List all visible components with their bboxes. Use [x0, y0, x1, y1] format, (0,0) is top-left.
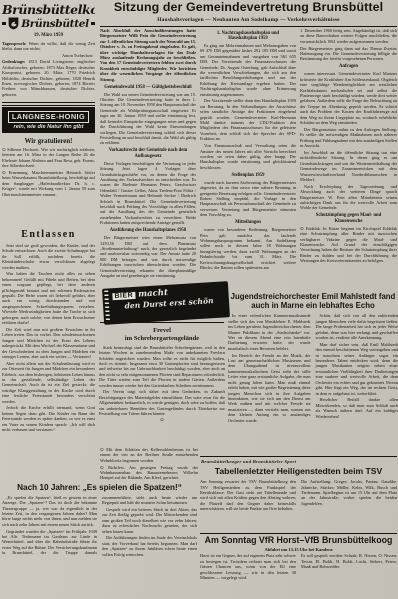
article-heading: Entlassen	[2, 229, 95, 240]
paragraph: Es ging um Mehreinnahmen und Mehrausgabe…	[200, 43, 296, 97]
article-heading-line2: im Schrebergartengelände	[125, 335, 199, 342]
tagesspruch-label: Tagesspruch:	[2, 41, 26, 46]
paragraph: Was haben die Taschen nicht alles zu seh…	[2, 271, 95, 325]
article-spatzen: Nach 10 Jahren: „Es spielen die Spatzen!…	[2, 483, 197, 597]
section-subhead: Stellenplan 1959	[202, 173, 294, 178]
article-body: In einer erfreulichen Kammermusikstunde …	[228, 313, 398, 447]
paragraph: Die Aufstellung: Greger; Jacobs, Paetau;…	[301, 479, 397, 506]
article-body: Stark beunruhigt sind die Brunsbütteler …	[99, 345, 225, 417]
article-horst: Am Sonntag VfR Horst–VfB Brunsbüttelkoog…	[200, 536, 397, 597]
paragraph: Der Bürgermeister wies einen Mehransatz …	[100, 235, 196, 278]
article-heading: Wir gratulieren!	[2, 138, 95, 145]
article-heading: Jugendstreichorchester Emil Mahlstedt fa…	[228, 293, 398, 310]
article-heading: Frevel im Schrebergartengelände	[99, 327, 225, 343]
section-subhead: 1. Nachtragshaushaltsplan und Haushaltsp…	[202, 31, 294, 42]
coat-of-arms-icon	[8, 17, 19, 30]
gedenktage-label: Gedenktage:	[2, 59, 25, 64]
article-mahlstedt: Jugendstreichorchester Emil Mahlstedt fa…	[228, 293, 398, 455]
paragraph: Es soll gespielt werden: Schrab; R. Niss…	[301, 553, 397, 569]
article-entlassen: Entlassen Jetzt sind sie groß geworden, …	[2, 229, 95, 479]
paragraph: Man darf sicher sein, daß Emil Mahlstedt…	[316, 342, 398, 396]
lead-article-col3: 1. Dezember 1960 fertig sein. Angekündig…	[300, 28, 397, 290]
paragraph: In einer erfreulichen Kammermusikstunde …	[228, 313, 311, 351]
ad-bier-brand: BIER	[112, 291, 135, 299]
section-body: wurde nach kurzem Sachvortrag des Bürger…	[200, 180, 296, 218]
lead-article-header: Sitzung der Gemeindevertretung Brunsbütt…	[100, 1, 397, 25]
ad-bier-word: macht	[138, 288, 168, 300]
paragraph: Der Bürgermeister ging dann auf das Them…	[300, 46, 397, 62]
section-body: waren von besonderer Bedeutung. Bürgerme…	[200, 227, 296, 270]
paragraph: „Es spielen die Spatzen“, hieß es gester…	[2, 495, 97, 527]
paragraph: Der Vorsitzende stellte dann den Haushal…	[200, 98, 296, 141]
article-subline: Abfahrt um 13.15 Uhr bei Kandera	[200, 547, 397, 552]
section-body: Die Wahl zur neuen Gemeindevertretung wa…	[100, 92, 196, 146]
section-body: Der Bürgermeister wies einen Mehransatz …	[100, 235, 196, 278]
ad-langnese-line1: LANGNESE-HONIG	[8, 111, 89, 123]
paragraph: Jedoch die Kirche erfüllt niemand, wenn …	[2, 405, 95, 432]
article-body: Am Sonntag erwartet der TSV Brunsbüttelk…	[200, 479, 397, 527]
paragraph: Gespielt wird ein heiteres Stück in drei…	[102, 507, 197, 534]
paragraph: Am Sonntag erwartet der TSV Brunsbüttelk…	[200, 479, 296, 511]
section-body: 1. Dezember 1960 fertig sein. Angekündig…	[300, 28, 397, 62]
article-wir-gratulieren: Wir gratulieren! ⊙ Silberne Hochzeit. Wi…	[2, 138, 95, 227]
section-body: Es ging um Mehreinnahmen und Mehrausgabe…	[200, 43, 296, 170]
paragraph: Stark beunruhigt sind die Brunsbütteler …	[99, 345, 225, 388]
paragraph: Diese Vorlagen beschäftigen die Vertretu…	[100, 161, 196, 226]
main-headline: Sitzung der Gemeindevertretung Brunsbütt…	[100, 1, 397, 14]
ornamental-rule	[91, 22, 95, 25]
paragraph: Horst ist ein Gegner, der auf eigenem Pl…	[200, 553, 296, 580]
ad-langnese-honig: LANGNESE-HONIG rein, wie die Natur ihn g…	[2, 107, 95, 133]
section-body: ⊙ Eddelak. In Kürze beginnt im Kirchspie…	[300, 226, 397, 264]
article-heading-line1: Frevel	[153, 327, 171, 334]
main-subheadline: Haushaltsvorlagen — Neubauten Am Sodelka…	[100, 17, 397, 23]
decorative-rule	[200, 456, 397, 457]
section-body: Im Anschluß an die öffentliche Sitzung t…	[300, 150, 397, 211]
paragraph: ⊙ Ernennung. Maschinenmeister Heinrich S…	[2, 170, 95, 197]
section-body: waren interessant. Gemeindevertreter Kar…	[300, 71, 397, 148]
decorative-rule	[2, 102, 95, 106]
paragraph: ⊙ Mit dem Schütten des Kellersohlenbeton…	[100, 447, 198, 463]
paragraph: Nach Erschöpfung der Tagesordnung und Ab…	[300, 184, 397, 211]
decorative-rule	[200, 533, 397, 534]
newspaper-page: Brünsbüttelkoog Brünsbüttel 19. März 195…	[0, 0, 398, 599]
news-briefs: ⊙ Mit dem Schütten des Kellersohlenbeton…	[100, 447, 198, 483]
article-body: „Es spielen die Spatzen“, hieß es gester…	[2, 495, 197, 595]
section-body: Diese Vorlagen beschäftigen die Vertretu…	[100, 161, 196, 226]
gedenktage: Gedenktage: 1813 David Livingstone, engl…	[2, 59, 95, 97]
decorative-rule	[100, 322, 224, 323]
tagesspruch: Tagesspruch: Wenn du willst, daß dir wen…	[2, 41, 95, 52]
masthead-title: Brünsbüttelkoog	[2, 3, 95, 16]
article-heading: Tabellenletzter Heiligenstedten beim TSV	[200, 467, 397, 477]
paragraph: Die Aufführungen finden im Saale des Ver…	[102, 535, 197, 557]
paragraph: Die Wahl zur neuen Gemeindevertretung wa…	[100, 92, 196, 146]
article-heading: Am Sonntag VfR Horst–VfB Brunsbüttelkoog	[200, 536, 397, 546]
paragraph: Von Finanzausschuß und Verwaltung seien …	[200, 143, 296, 170]
section-subhead: Schutzimpfung gegen Maul- und Klauenseuc…	[302, 213, 395, 224]
ornamental-rule	[2, 22, 6, 25]
section-subhead: Mitteilungen	[202, 220, 294, 225]
paragraph: waren interessant. Gemeindevertreter Kar…	[300, 71, 397, 125]
section-subhead: Vorkaufsrecht der Gemeinde nach dem Aufb…	[102, 148, 194, 159]
ad-bier: BIER macht den Durst erst schön	[102, 281, 230, 325]
paragraph: ⊙ Silberne Hochzeit. Wie wir nachträglic…	[2, 147, 95, 169]
section-subhead: Gemeindewahl 1958 — Gültigkeitsbeschluß	[102, 85, 194, 90]
tagesspruch-author: Anton Tschechow	[4, 53, 93, 58]
gedenktage-text: 1813 David Livingstone, englischer Afrik…	[2, 59, 95, 96]
paragraph: Der Bürgermeister nahm zu den Anfragen S…	[300, 127, 397, 149]
news-brief-item: ⊙ Mit dem Schütten des Kellersohlenbeton…	[100, 447, 198, 481]
masthead-subtitle-row: Brünsbüttel	[2, 17, 95, 30]
article-body: Jetzt sind sie groß geworden, die Kinder…	[2, 243, 95, 432]
paragraph: ⊙ Richtfest. Am gestrigen Freitag wurde …	[100, 465, 198, 481]
sport-section-label: Brunsbüttelkooger und Brunsbütteler Spor…	[201, 459, 397, 466]
paragraph: ⊙ Eddelak. In Kürze beginnt im Kirchspie…	[300, 226, 397, 264]
paragraph: Der Verein trägt sich daher mit dem Geda…	[99, 389, 225, 416]
paragraph: waren von besonderer Bedeutung. Bürgerme…	[200, 227, 296, 270]
paragraph: Schön, daß sich von all den zuhörenden j…	[316, 313, 398, 340]
edition-date: 19. März 1959	[2, 33, 95, 38]
section-subhead: Ausführung des Haushaltsplanes 1958	[102, 228, 194, 233]
decorative-rule	[100, 26, 397, 27]
masthead: Brünsbüttelkoog Brünsbüttel 19. März 195…	[2, 3, 95, 103]
lead-article-col1: Nach Abschluß der Ausschußberatungen hat…	[100, 28, 196, 281]
paragraph: Herzlicher Beifall dankte allen Mitwirke…	[316, 397, 398, 419]
article-body: Horst ist ein Gegner, der auf eigenem Pl…	[200, 553, 397, 591]
lead-article-col2: 1. Nachtragshaushaltsplan und Haushaltsp…	[200, 28, 296, 290]
article-intro: Nach Abschluß der Ausschußberatungen hat…	[100, 28, 196, 82]
ad-langnese-line2: rein, wie die Natur ihn gibt	[14, 124, 84, 130]
article-heiligenstedten: Tabellenletzter Heiligenstedten beim TSV…	[200, 467, 397, 531]
paragraph: Aber nicht allein aus der Schulentlassun…	[2, 361, 95, 404]
article-body: ⊙ Silberne Hochzeit. Wie wir nachträglic…	[2, 147, 95, 197]
paragraph: Im Bereich der Freude an der Musik, der …	[228, 353, 311, 423]
section-divider: ⊙	[99, 418, 225, 423]
paragraph: 1. Dezember 1960 fertig sein. Angekündig…	[300, 28, 397, 44]
article-frevel: Frevel im Schrebergartengelände Stark be…	[99, 327, 225, 444]
paragraph: wurde nach kurzem Sachvortrag des Bürger…	[200, 180, 296, 218]
article-heading: Nach 10 Jahren: „Es spielen die Spatzen!…	[2, 483, 197, 492]
paragraph: Im Anschluß an die öffentliche Sitzung t…	[300, 150, 397, 182]
paragraph: Jetzt sind sie groß geworden, die Kinder…	[2, 243, 95, 270]
section-subhead: Anfragen	[302, 64, 395, 69]
masthead-subtitle: Brünsbüttel	[21, 18, 89, 30]
paragraph: Die Zeit wird nun mit großem Erwachen in…	[2, 327, 95, 359]
